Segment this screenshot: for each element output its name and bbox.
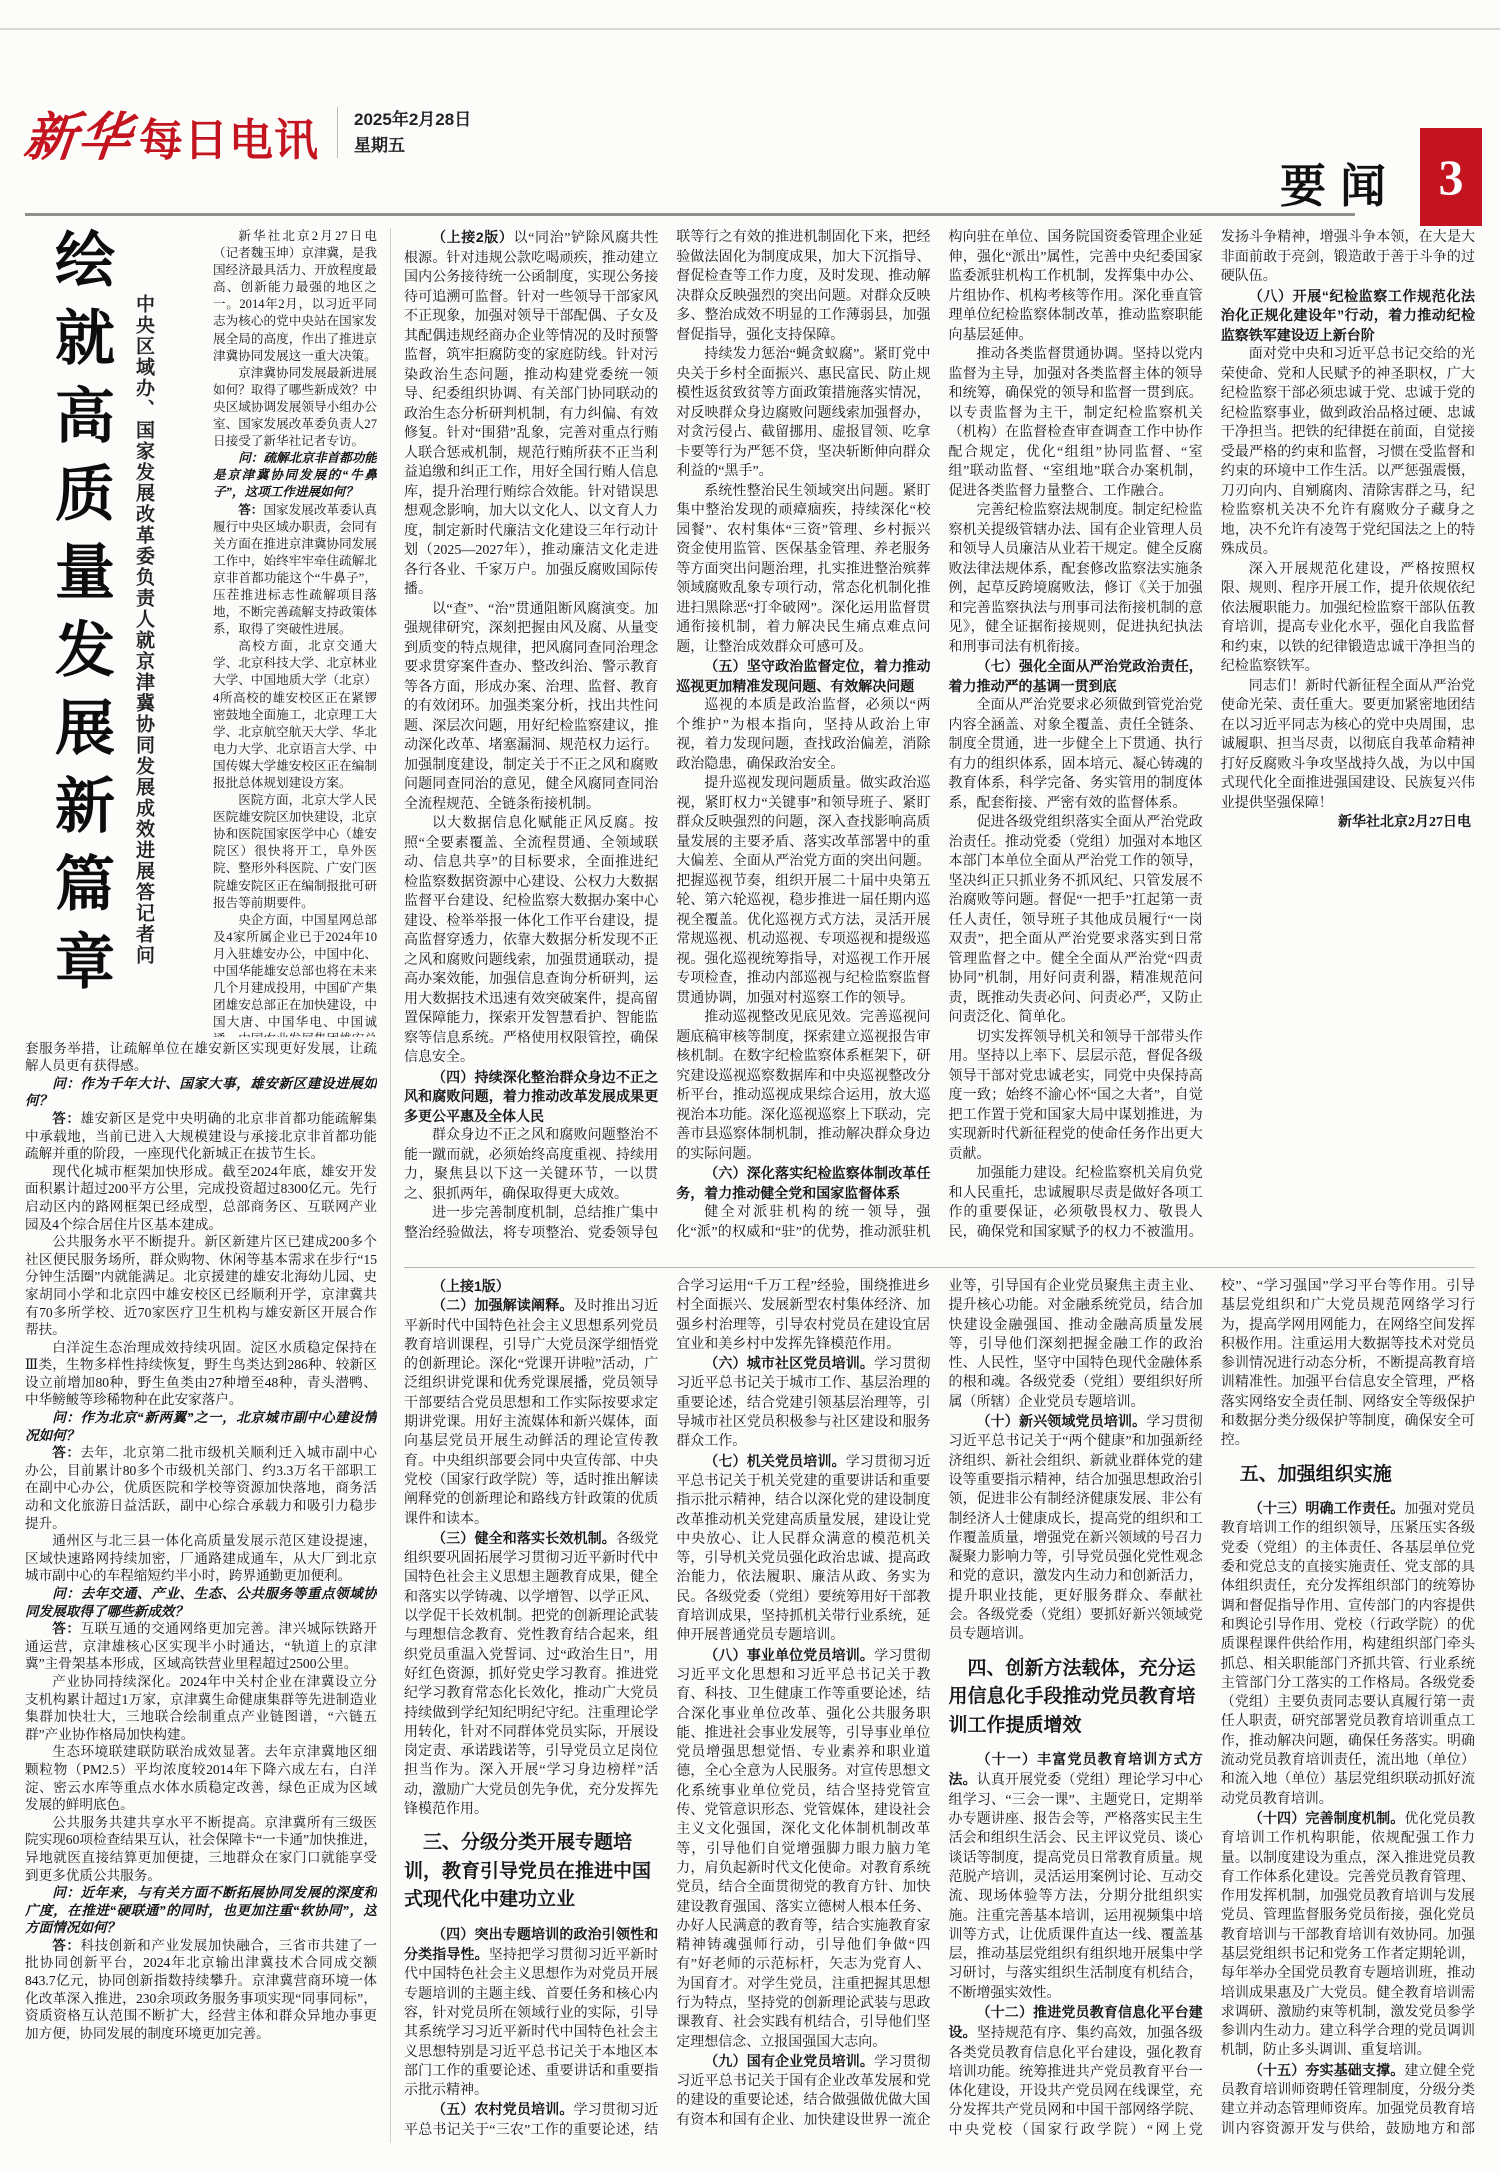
paragraph: 以“查”、“治”贯通阻断风腐演变。加强规律研究，深刻把握由风及腐、从量变到质变的… xyxy=(404,600,658,815)
paragraph: 答：去年，北京第二批市级机关顺利迁入城市副中心办公，目前累计80多个市级机关部门… xyxy=(25,1444,377,1532)
article-jingjinji-top: 绘就高质量发展新篇章 中央区域办、国家发展改革委负责人就京津冀协同发展成效进展答… xyxy=(25,228,377,1037)
paragraph: （二）加强解读阐释。及时推出习近平新时代中国特色社会主义思想系列党员教育培训课程… xyxy=(404,1296,658,1529)
masthead: 新华 每日电讯 2025年2月28日 星期五 xyxy=(25,95,471,170)
section-heading: 三、分级分类开展专题培训，教育引导党员在推进中国式现代化中建功立业 xyxy=(404,1829,658,1915)
paragraph: 群众身边不正之风和腐败问题整治不能一蹴而就，必须始终高度重视、持续用力，聚焦县以… xyxy=(404,1126,658,1204)
dateline: 新华社北京2月27日电 xyxy=(1221,813,1475,833)
newspaper-page: 新华 每日电讯 2025年2月28日 星期五 要闻 3 绘就高质量发展新篇章 中… xyxy=(0,0,1500,2173)
paragraph: 通州区与北三县一体化高质量发展示范区建设提速，区域快速路网持续加密，厂通路建成通… xyxy=(25,1532,377,1585)
paragraph: 完善纪检监察法规制度。制定纪检监察机关提级管辖办法、国有企业管理人员和领导人员廉… xyxy=(949,501,1203,657)
paragraph: 持续发力惩治“蝇贪蚁腐”。紧盯党中央关于乡村全面振兴、惠民富民、防止规模性返贫致… xyxy=(676,345,930,482)
article-subtitle-vertical: 中央区域办、国家发展改革委负责人就京津冀协同发展成效进展答记者问 xyxy=(130,228,157,1037)
paragraph: 以大数据信息化赋能正风反腐。按照“全要素覆盖、全流程贯通、全领域联动、信息共享”… xyxy=(404,814,658,1068)
paragraph: 高校方面，北京交通大学、北京科技大学、北京林业大学、中国地质大学（北京）4所高校… xyxy=(213,638,377,792)
article-training-plan: （上接1版）（二）加强解读阐释。及时推出习近平新时代中国特色社会主义思想系列党员… xyxy=(404,1277,1475,2143)
section-title: 要闻 xyxy=(1280,150,1400,216)
article-jingjinji-wide-column: 套服务举措，让疏解单位在雄安新区实现更好发展，让疏解人员更有获得感。问：作为千年… xyxy=(25,1040,377,2143)
paragraph: （十四）完善制度机制。优化党员教育培训工作机构职能，依规配强工作力量。以制度建设… xyxy=(1221,1809,1475,2061)
question-paragraph: 问：近年来，与有关方面不断拓展协同发展的深度和广度，在推进“硬联通”的同时，也更… xyxy=(25,1884,377,1937)
date-block: 2025年2月28日 星期五 xyxy=(337,107,471,158)
paragraph: 巡视的本质是政治监督，必须以“两个维护”为根本指向，坚持从政治上审视，着力发现问… xyxy=(676,696,930,774)
paragraph: 公共服务共建共享水平不断提高。京津冀所有三级医院实现60项检查结果互认，社会保障… xyxy=(25,1814,377,1884)
paragraph: 产业协同持续深化。2024年中关村企业在津冀设立分支机构累计超过1万家，京津冀生… xyxy=(25,1673,377,1743)
paragraph: 面对党中央和习近平总书记交给的光荣使命、党和人民赋予的神圣职权，广大纪检监察干部… xyxy=(1221,345,1475,560)
paragraph: 全面从严治党要求必须做到管党治党内容全涵盖、对象全覆盖、责任全链条、制度全贯通，… xyxy=(949,696,1203,813)
logo-script-text: 新华 xyxy=(21,95,137,170)
paragraph: 促进各级党组织落实全面从严治党政治责任。推动党委（党组）加强对本地区本部门本单位… xyxy=(949,813,1203,1028)
paragraph: （上接2版）以“同治”铲除风腐共性根源。针对违规公款吃喝顽疾，推动建立国内公务接… xyxy=(404,228,658,600)
article-jingjinji-narrow-column: 新华社北京2月27日电（记者魏玉坤）京津冀，是我国经济最具活力、开放程度最高、创… xyxy=(213,228,377,1037)
article-jingjinji: 绘就高质量发展新篇章 中央区域办、国家发展改革委负责人就京津冀协同发展成效进展答… xyxy=(25,228,377,2143)
paragraph: 系统性整治民生领域突出问题。紧盯集中整治发现的顽瘴痼疾，持续深化“校园餐”、农村… xyxy=(676,482,930,658)
content-area: 绘就高质量发展新篇章 中央区域办、国家发展改革委负责人就京津冀协同发展成效进展答… xyxy=(25,228,1475,2143)
paragraph: 答：雄安新区是党中央明确的北京非首都功能疏解集中承载地，当前已进入大规模建设与承… xyxy=(25,1110,377,1163)
headline-block: 绘就高质量发展新篇章 中央区域办、国家发展改革委负责人就京津冀协同发展成效进展答… xyxy=(25,228,213,1037)
sub-heading: （五）坚守政治监督定位，着力推动巡视更加精准发现问题、有效解决问题 xyxy=(676,657,930,696)
section-heading: 四、创新方法载体，充分运用信息化手段推动党员教育培训工作提质增效 xyxy=(949,1655,1203,1741)
paragraph: （十三）明确工作责任。加强对党员教育培训工作的组织领导，压紧压实各级党委（党组）… xyxy=(1221,1499,1475,1809)
sub-heading: （上接1版） xyxy=(404,1277,658,1296)
paragraph: 答：国家发展改革委认真履行中央区域办职责，会同有关方面在推进京津冀协同发展工作中… xyxy=(213,502,377,639)
paragraph: 深入开展规范化建设，严格按照权限、规则、程序开展工作，提升依规依纪依法履职能力。… xyxy=(1221,560,1475,677)
paragraph: 央企方面，中国星网总部及4家所属企业已于2024年10月入驻雄安办公，中国中化、… xyxy=(213,912,377,1037)
sub-heading: （七）强化全面从严治党政治责任，着力推动严的基调一贯到底 xyxy=(949,657,1203,696)
paragraph: 医院方面，北京大学人民医院雄安院区加快建设，北京协和医院国家医学中心（雄安院区）… xyxy=(213,792,377,912)
masthead-logo: 新华 每日电讯 xyxy=(25,95,319,170)
question-paragraph: 问：作为千年大计、国家大事，雄安新区建设进展如何？ xyxy=(25,1075,377,1110)
date-line: 2025年2月28日 xyxy=(354,107,471,133)
paragraph: 推动巡视整改见底见效。完善巡视问题底稿审核等制度，探索建立巡视报告审核机制。在数… xyxy=(676,1008,930,1164)
paragraph: （十一）丰富党员教育培训方式方法。认真开展党委（党组）理论学习中心组学习、“三会… xyxy=(949,1750,1203,2003)
paragraph: 推动各类监督贯通协调。坚持以党内监督为主导，加强对各类监督主体的领导和统筹，确保… xyxy=(949,345,1203,501)
top-rule xyxy=(0,28,1500,30)
weekday-line: 星期五 xyxy=(354,133,471,159)
logo-rest-text: 每日电讯 xyxy=(139,104,319,168)
right-region: （上接2版）以“同治”铲除风腐共性根源。针对违规公款吃喝顽疾，推动建立国内公务接… xyxy=(390,228,1475,2143)
paragraph: 切实发挥领导机关和领导干部带头作用。坚持以上率下、层层示范，督促各级领导干部对党… xyxy=(949,1028,1203,1165)
paragraph: 现代化城市框架加快形成。截至2024年底，雄安开发面积累计超过200平方公里，完… xyxy=(25,1163,377,1233)
paragraph: （六）城市社区党员培训。学习贯彻习近平总书记关于城市工作、基层治理的重要论述，结… xyxy=(676,1354,930,1451)
paragraph: 提升巡视发现问题质量。做实政治巡视，紧盯权力“关键事”和领导班子、紧盯群众反映强… xyxy=(676,774,930,1008)
question-paragraph: 问：疏解北京非首都功能是京津冀协同发展的“牛鼻子”，这项工作进展如何？ xyxy=(213,450,377,501)
article-title-vertical: 绘就高质量发展新篇章 xyxy=(33,228,126,1037)
sub-heading: （八）开展“纪检监察工作规范化法治化正规化建设年”行动，着力推动纪检监察铁军建设… xyxy=(1221,287,1475,346)
paragraph: （八）事业单位党员培训。学习贯彻习近平文化思想和习近平总书记关于教育、科技、卫生… xyxy=(676,1646,930,2052)
paragraph: 同志们！新时代新征程全面从严治党使命光荣、责任重大。要更加紧密地团结在以习近平同… xyxy=(1221,677,1475,814)
section-heading: 五、加强组织实施 xyxy=(1221,1461,1475,1490)
paragraph: （四）突出专题培训的政治引领性和分类指导性。坚持把学习贯彻习近平新时代中国特色社… xyxy=(404,1925,658,2101)
paragraph: 京津冀协同发展最新进展如何？取得了哪些新成效？中央区域协调发展领导小组办公室、国… xyxy=(213,365,377,450)
paragraph: 答：互联互通的交通网络更加完善。津兴城际铁路开通运营，京津雄核心区实现半小时通达… xyxy=(25,1620,377,1673)
paragraph: （十）新兴领域党员培训。学习贯彻习近平总书记关于“两个健康”和加强新经济组织、新… xyxy=(949,1412,1203,1645)
paragraph: （三）健全和落实长效机制。各级党组织要巩固拓展学习贯彻习近平新时代中国特色社会主… xyxy=(404,1529,658,1819)
paragraph: 生态环境联建联防联治成效显著。去年京津冀地区细颗粒物（PM2.5）平均浓度较20… xyxy=(25,1743,377,1813)
question-paragraph: 问：作为北京“新两翼”之一，北京城市副中心建设情况如何？ xyxy=(25,1409,377,1444)
paragraph: 白洋淀生态治理成效持续巩固。淀区水质稳定保持在Ⅲ类，生物多样性持续恢复，野生鸟类… xyxy=(25,1339,377,1409)
section-divider xyxy=(404,1267,1475,1268)
article-discipline-inspection: （上接2版）以“同治”铲除风腐共性根源。针对违规公款吃喝顽疾，推动建立国内公务接… xyxy=(404,228,1475,1258)
question-paragraph: 问：去年交通、产业、生态、公共服务等重点领域协同发展取得了哪些新成效？ xyxy=(25,1585,377,1620)
paragraph: 公共服务水平不断提升。新区新建片区已建成200多个社区便民服务场所，群众购物、休… xyxy=(25,1233,377,1339)
paragraph: 答：科技创新和产业发展加快融合，三省市共建了一批协同创新平台，2024年北京输出… xyxy=(25,1937,377,2043)
sub-heading: （四）持续深化整治群众身边不正之风和腐败问题，着力推动改革发展成果更多更公平惠及… xyxy=(404,1068,658,1127)
sub-heading: （六）深化落实纪检监察体制改革任务，着力推动健全党和国家监督体系 xyxy=(676,1164,930,1203)
paragraph: 套服务举措，让疏解单位在雄安新区实现更好发展，让疏解人员更有获得感。 xyxy=(25,1040,377,1075)
page-number-box: 3 xyxy=(1420,128,1482,226)
paragraph: 新华社北京2月27日电（记者魏玉坤）京津冀，是我国经济最具活力、开放程度最高、创… xyxy=(213,228,377,365)
header-rule xyxy=(25,213,1355,216)
page-number: 3 xyxy=(1439,148,1464,206)
paragraph: （七）机关党员培训。学习贯彻习近平总书记关于机关党建的重要讲话和重要指示批示精神… xyxy=(676,1452,930,1646)
